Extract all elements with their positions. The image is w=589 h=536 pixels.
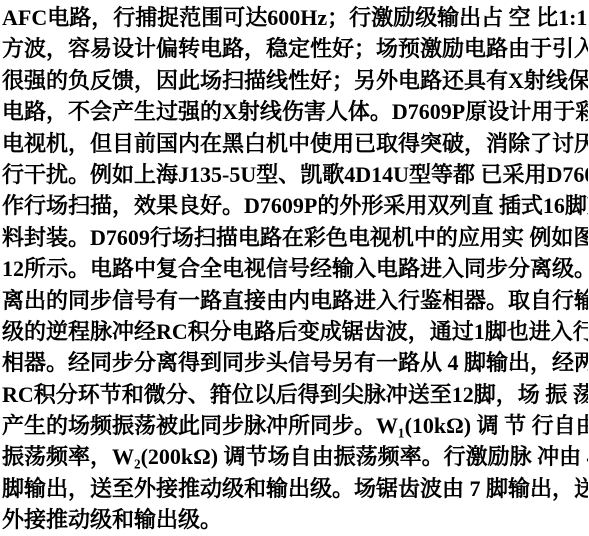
text-line: 脚输出，送至外接推动级和输出级。场锯齿波由 7 脚输出，送至 — [2, 473, 588, 504]
body-text: AFC电路，行捕捉范围可达600Hz；行激励级输出占 空 比1:1的 方波，容易… — [2, 2, 588, 536]
text-line: 12所示。电路中复合全电视信号经输入电路进入同步分离级。分 — [2, 253, 588, 284]
scanned-document-page: AFC电路，行捕捉范围可达600Hz；行激励级输出占 空 比1:1的 方波，容易… — [0, 0, 589, 536]
text-line: 产生的场频振荡被此同步脉冲所同步。W₁(10kΩ) 调 节 行自由 — [2, 410, 588, 441]
text-line: 电视机，但目前国内在黑白机中使用已取得突破，消除了讨厌的 — [2, 128, 588, 159]
text-line: 级的逆程脉冲经RC积分电路后变成锯齿波，通过1脚也进入行鉴 — [2, 316, 588, 347]
text-line: 行干扰。例如上海J135-5U型、凯歌4D14U型等都 已采用D7609P — [2, 159, 588, 190]
text-line: 相器。经同步分离得到同步头信号另有一路从 4 脚输出，经两个 — [2, 347, 588, 378]
text-line: 振荡频率，W₂(200kΩ) 调节场自由振荡频率。行激励脉 冲由 4 — [2, 441, 588, 472]
text-line: 方波，容易设计偏转电路，稳定性好；场预激励电路由于引入了 — [2, 33, 588, 64]
text-line: 很强的负反馈，因此场扫描线性好；另外电路还具有X射线保护 — [2, 65, 588, 96]
text-line: 作行场扫描，效果良好。D7609P的外形采用双列直 插式16脚塑 — [2, 190, 588, 221]
text-line: 电路，不会产生过强的X射线伤害人体。D7609P原设计用于彩色 — [2, 96, 588, 127]
text-line: 料封装。D7609行场扫描电路在彩色电视机中的应用实 例如图6- — [2, 222, 588, 253]
text-line: 离出的同步信号有一路直接由内电路进入行鉴相器。取自行输出 — [2, 285, 588, 316]
text-line: 外接推动级和输出级。 — [2, 504, 588, 535]
text-line: RC积分环节和微分、箝位以后得到尖脉冲送至12脚，场 振 荡 器 — [2, 379, 588, 410]
text-line: AFC电路，行捕捉范围可达600Hz；行激励级输出占 空 比1:1的 — [2, 2, 588, 33]
